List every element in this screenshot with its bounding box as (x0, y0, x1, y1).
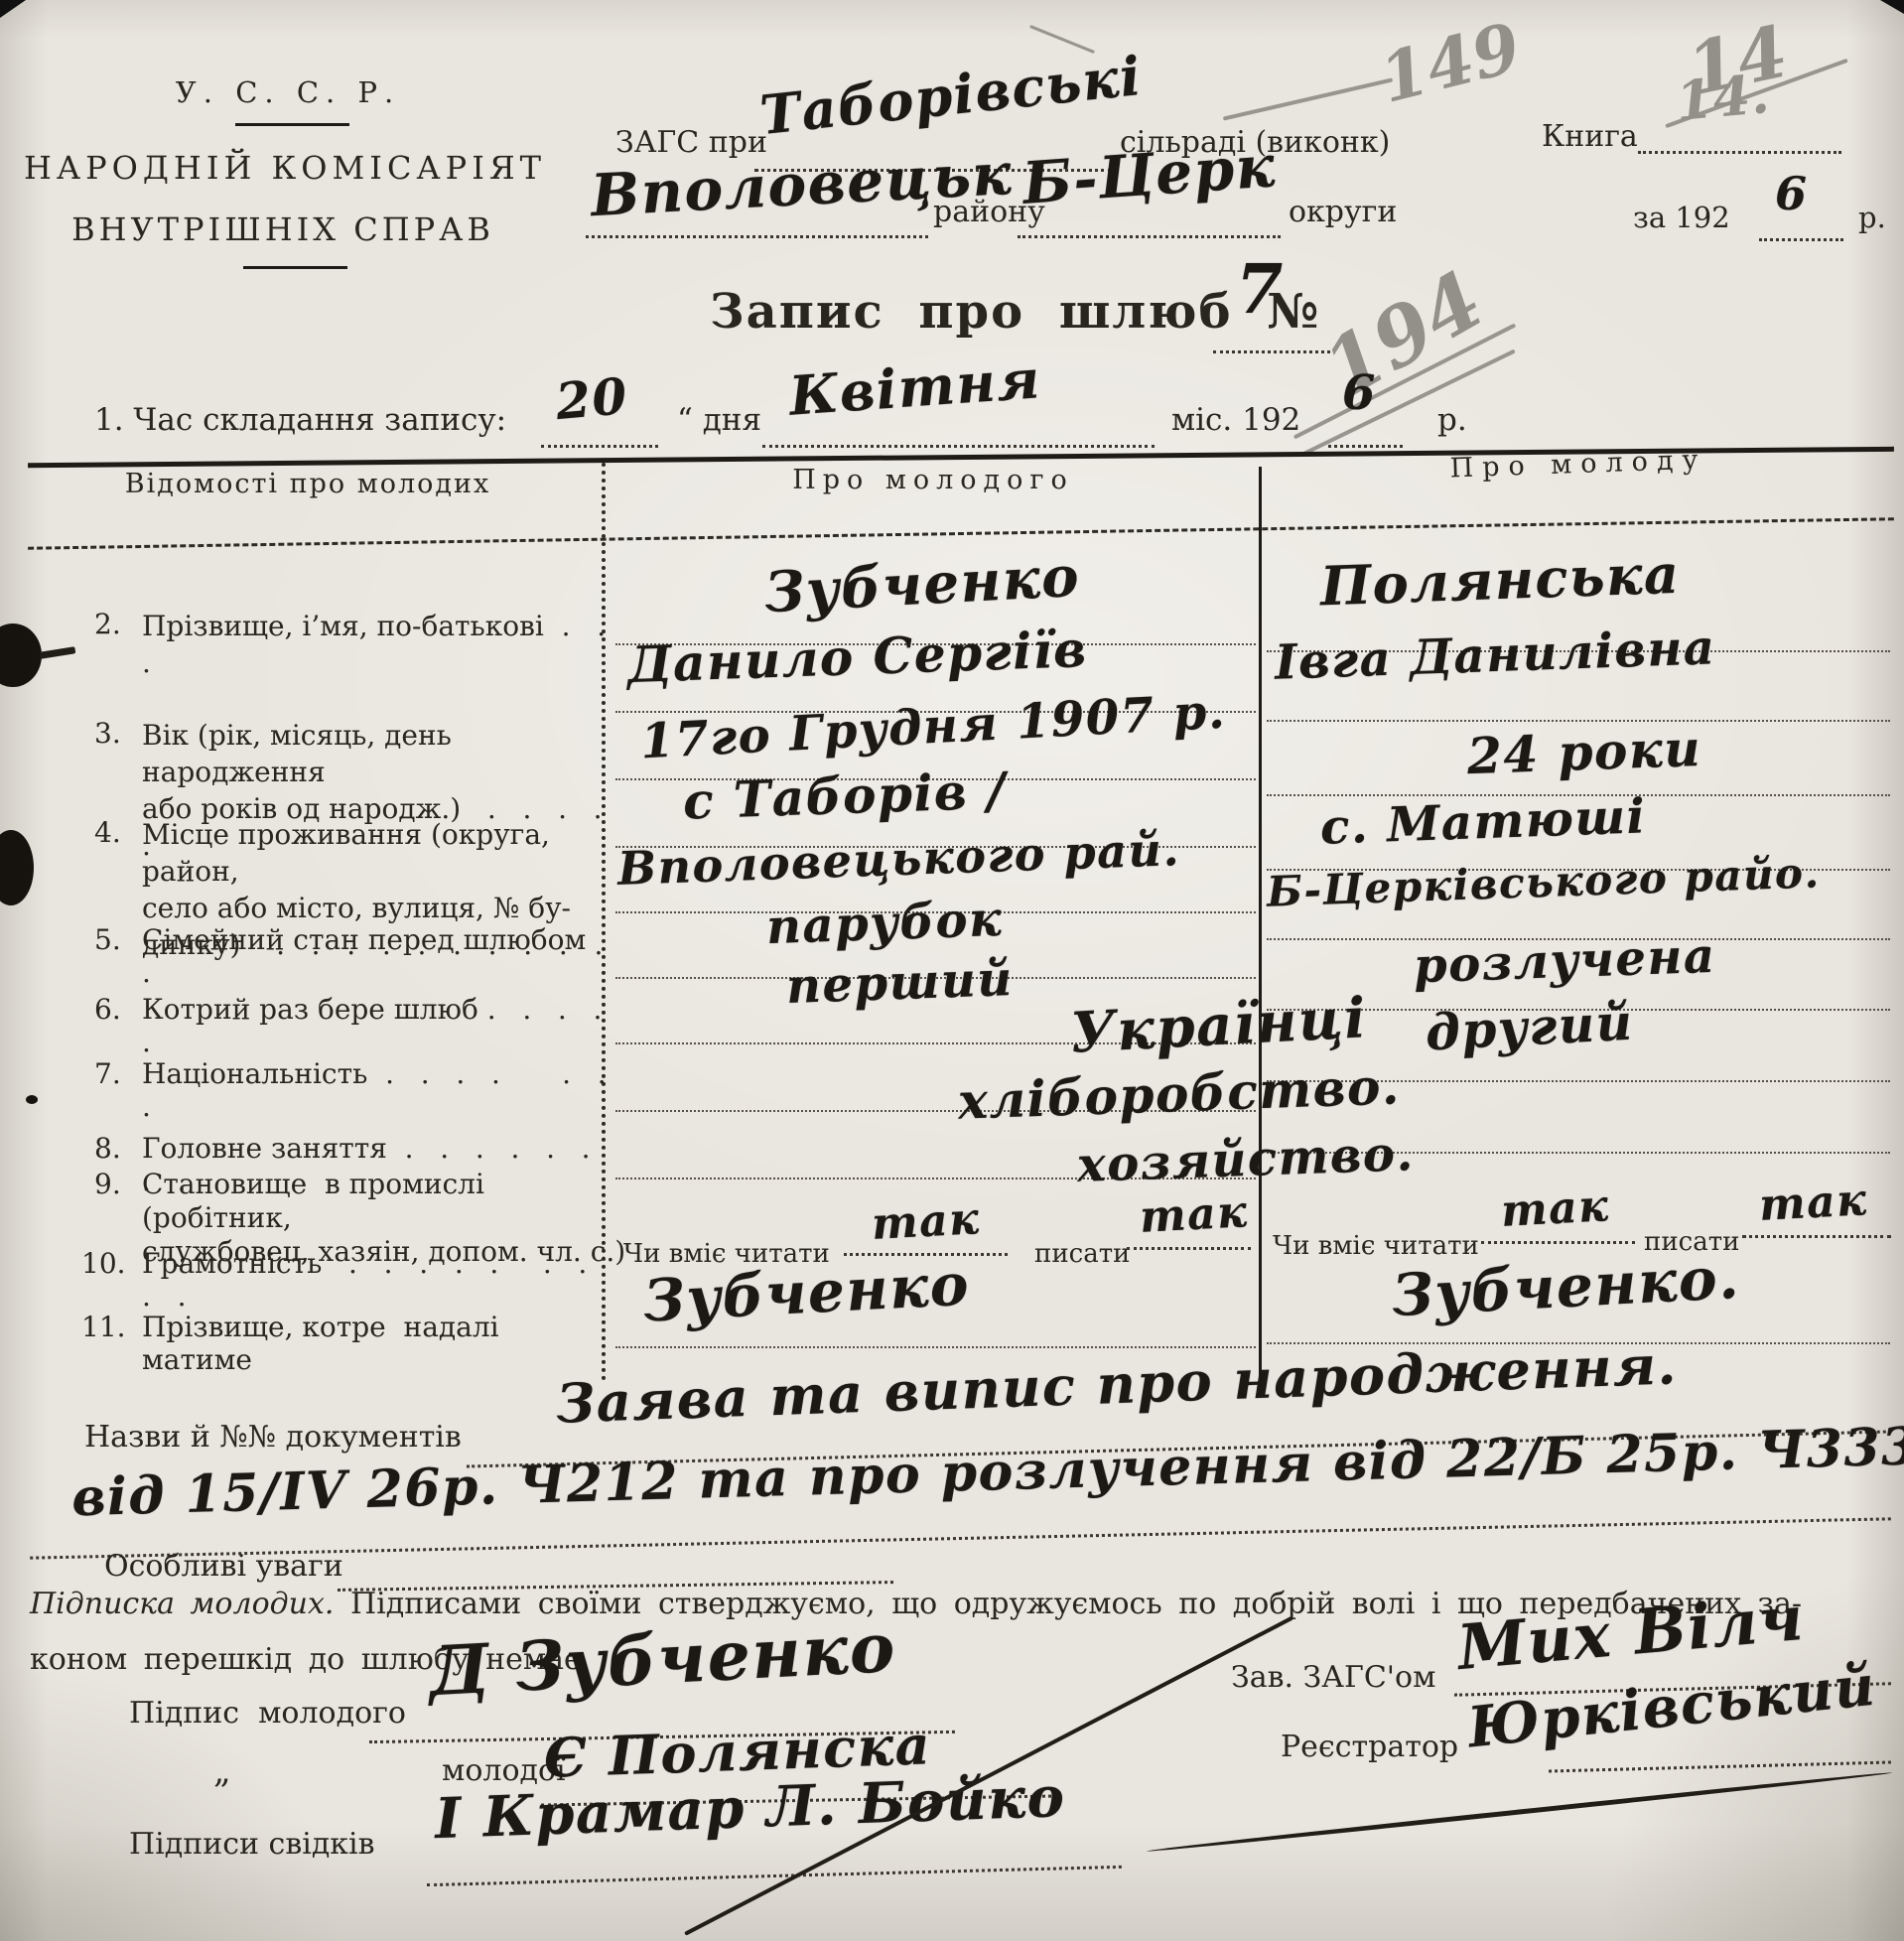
row10-label: Грамотність . . . . . . . . . (142, 1247, 618, 1313)
bride-marriage-number-handwritten: другий (1425, 993, 1635, 1062)
row3-label-line1: Вік (рік, місяць, день народження (142, 717, 618, 790)
row6-number: 6. (94, 993, 121, 1026)
marriage-record-form: У. С. С. Р. НАРОДНІЙ КОМІСАРІЯТ ВНУТРІШН… (0, 0, 1904, 1941)
row4-label-line1: Місце проживання (округа, район, (142, 816, 618, 890)
bride-age-handwritten: 24 роки (1466, 719, 1702, 785)
industry-position-handwritten: хозяйство. (1076, 1126, 1415, 1193)
oath-lead: Підписка молодих. (30, 1587, 334, 1621)
groom-signature-label: Підпис молодого (129, 1696, 406, 1731)
groom-surname-handwritten: Зубченко (762, 544, 1081, 626)
groom-birthdate-handwritten: 17го Грудня 1907 р. (639, 684, 1227, 770)
groom-signature-handwritten: Д Зубченко (427, 1608, 897, 1713)
bride-name-handwritten: Івга Данилівна (1274, 620, 1716, 690)
r-label: р. (1437, 402, 1467, 438)
pencil-strike (1223, 77, 1393, 120)
groom-write-label: писати (1034, 1239, 1130, 1269)
table-col2-header: Про молодого (685, 465, 1181, 495)
year-value-handwritten: 6 (1775, 167, 1809, 220)
zags-head-label: Зав. ЗАГС'ом (1231, 1660, 1435, 1695)
okruh-label: округи (1289, 195, 1397, 229)
record-year-handwritten: 6 (1342, 365, 1377, 421)
ditto-mark: „ (213, 1751, 231, 1791)
book-number-handwritten: 14. (1673, 62, 1771, 133)
fill-line (762, 445, 1155, 448)
fill-line (1127, 1247, 1251, 1250)
row7-label: Національність . . . . . . . (142, 1057, 618, 1123)
heading-rule (243, 266, 347, 269)
groom-read-value-handwritten: так (871, 1193, 982, 1250)
groom-marital-status-handwritten: парубок (765, 892, 1004, 955)
nationality-handwritten: Українці (1068, 985, 1368, 1066)
row7-number: 7. (94, 1057, 121, 1090)
witnesses-signature-label: Підписи свідків (129, 1827, 375, 1862)
row3-number: 3. (94, 717, 121, 750)
row5-number: 5. (94, 923, 121, 956)
year-suffix-label: р. (1858, 201, 1886, 234)
bride-write-value-handwritten: так (1758, 1175, 1869, 1231)
fill-line (541, 445, 658, 448)
bride-read-label: Чи вміє читати (1273, 1231, 1479, 1261)
bride-rayon-handwritten: Б-Церківського райо. (1266, 848, 1821, 915)
table-divider-right (1259, 467, 1262, 1380)
ink-blot (0, 624, 42, 687)
day-suffix-label: “ дня (677, 402, 761, 438)
table-col1-header: Відомості про молодих (60, 469, 556, 499)
form-title: Запис про шлюб № (710, 284, 1320, 340)
remarks-label: Особливі уваги (104, 1549, 343, 1584)
row8-number: 8. (94, 1132, 121, 1165)
scan-corner-dark (1880, 0, 1904, 14)
fill-line (1328, 445, 1403, 448)
fill-line (427, 1866, 1122, 1886)
ink-blot (0, 830, 34, 905)
groom-name-handwritten: Данило Сергіїв (626, 620, 1088, 694)
ink-speck (26, 1095, 38, 1104)
record-date-label: 1. Час складання запису: (94, 402, 506, 438)
scan-corner-dark (0, 0, 26, 18)
fill-line (1018, 235, 1281, 238)
row9-label-line1: Становище в промислі (робітник, (142, 1168, 638, 1235)
fill-line (1213, 350, 1330, 353)
month-year-label: міс. 192 (1171, 402, 1300, 438)
bride-read-value-handwritten: так (1500, 1180, 1611, 1237)
record-number-handwritten: 7 (1236, 250, 1285, 330)
ussr-heading: У. С. С. Р. (149, 75, 427, 109)
okruh-value-handwritten: Б-Церк (1020, 132, 1279, 217)
fill-line (1759, 238, 1843, 241)
record-month-handwritten: Квітня (787, 347, 1042, 428)
bride-surname-handwritten: Полянська (1319, 542, 1681, 619)
row5-label: Сімейний стан перед шлюбом . (142, 923, 618, 989)
pencil-scribble (1029, 25, 1095, 54)
fill-line (1549, 1760, 1891, 1772)
groom-rayon-handwritten: Вполовецького рай. (616, 822, 1180, 896)
fill-line (1638, 151, 1841, 154)
row4-number: 4. (94, 816, 121, 849)
ink-blot (40, 646, 76, 659)
signature-flourish-underline (1147, 1770, 1892, 1854)
row2-label: Прізвище, і’мя, по-батькові . . . (142, 608, 609, 681)
occupation-handwritten: хліборобство. (957, 1056, 1402, 1131)
guide-line (1267, 720, 1890, 722)
fill-line (1481, 1241, 1635, 1244)
bride-marital-status-handwritten: розлучена (1413, 928, 1716, 995)
heading-rule (235, 123, 349, 126)
commissariat-line1: НАРОДНІЙ КОМІСАРІЯТ (22, 149, 548, 187)
registrar-label: Реєстратор (1281, 1730, 1458, 1764)
row6-label: Котрий раз бере шлюб . . . . . (142, 993, 618, 1058)
row2-number: 2. (94, 608, 121, 640)
zags-value-handwritten: Таборівські (757, 44, 1146, 147)
row9-number: 9. (94, 1168, 121, 1200)
book-label: Книга (1542, 119, 1638, 154)
row4-label-line2: село або місто, вулиця, № бу- (142, 890, 618, 926)
bride-village-handwritten: с. Матюші (1319, 788, 1647, 855)
documents-label: Назви й №№ документів (84, 1420, 462, 1455)
commissariat-line2: ВНУТРІШНІХ СПРАВ (60, 210, 506, 248)
guide-line (615, 1346, 1256, 1348)
pencil-number-194-crossed: 194 (1308, 253, 1499, 417)
year-prefix-label: за 192 (1633, 201, 1730, 234)
row11-number: 11. (81, 1311, 126, 1343)
pencil-number-149: 149 (1372, 8, 1528, 119)
record-day-handwritten: 20 (554, 366, 630, 431)
row11-label: Прізвище, котре надалі матиме (142, 1311, 618, 1376)
groom-write-value-handwritten: так (1139, 1186, 1250, 1243)
groom-marriage-number-handwritten: перший (785, 951, 1014, 1015)
groom-village-handwritten: с Таборів / (682, 761, 1008, 830)
fill-line (586, 235, 928, 238)
row10-number: 10. (81, 1247, 126, 1280)
fill-line (1742, 1235, 1891, 1238)
